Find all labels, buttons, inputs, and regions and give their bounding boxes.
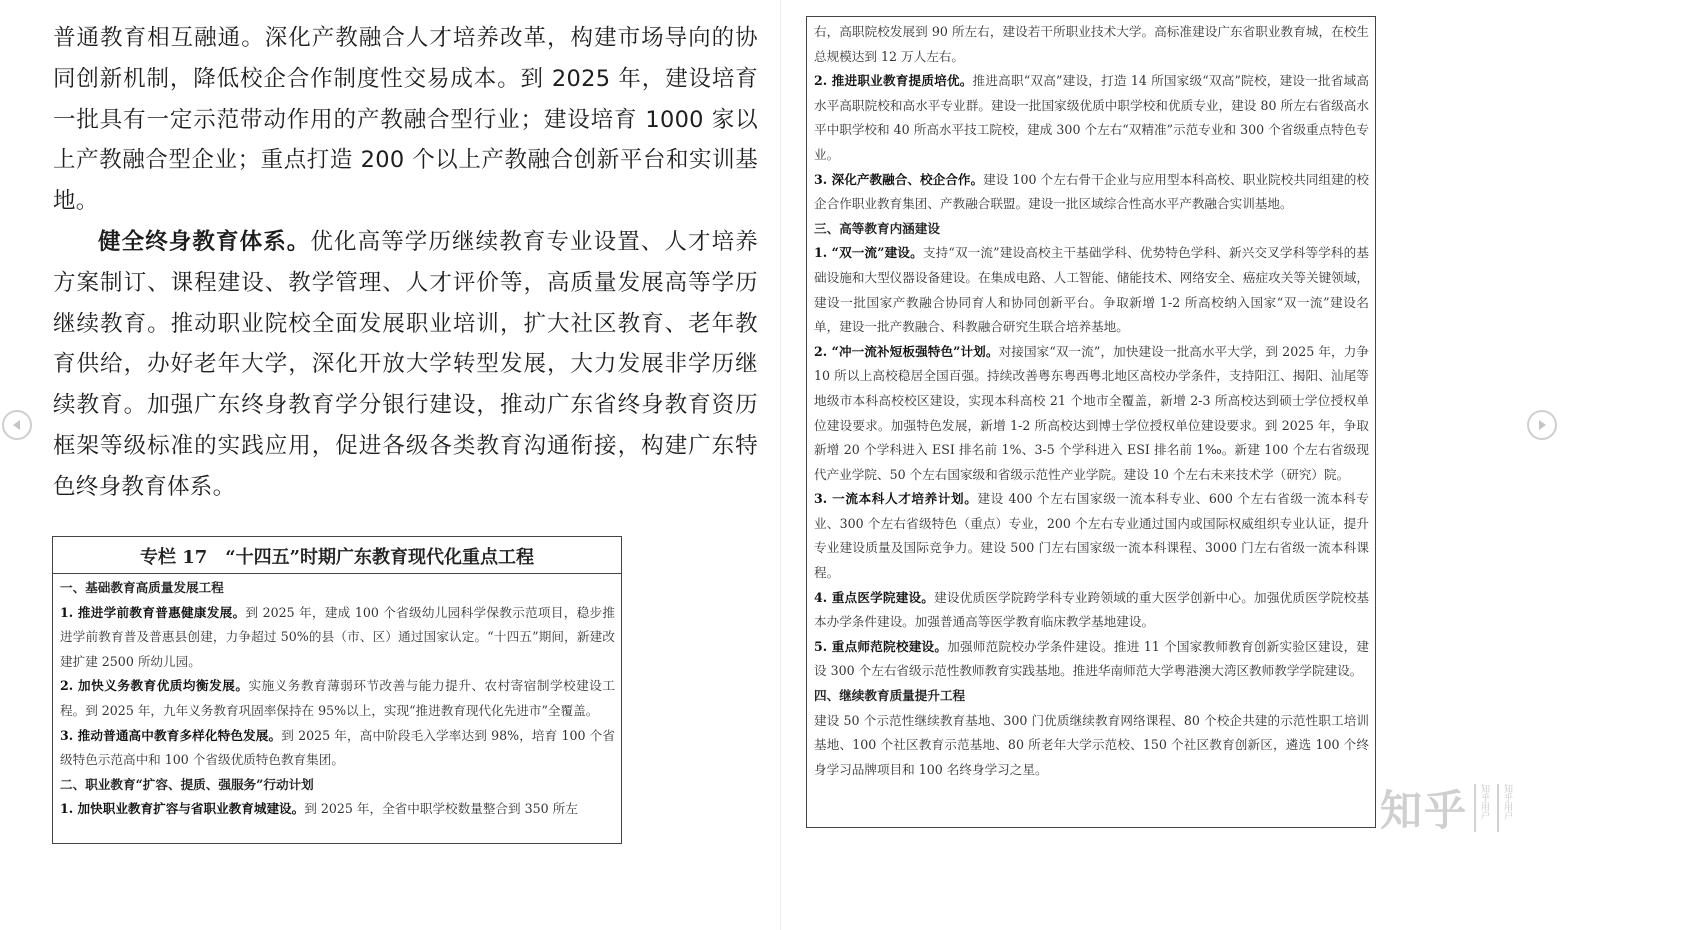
item-lead: 1. “双一流”建设。 xyxy=(814,245,923,260)
section-heading: 三、高等教育内涵建设 xyxy=(814,217,1369,242)
box-body-left: 一、基础教育高质量发展工程 1. 推进学前教育普惠健康发展。到 2025 年，建… xyxy=(53,574,621,822)
continued-text: 建设 50 个示范性继续教育基地、300 门优质继续教育网络课程、80 个校企共… xyxy=(814,709,1369,783)
chevron-left-icon xyxy=(11,419,23,431)
item-text: 右，高职院校发展到 90 所左右，建设若干所职业技术大学。高标准建设广东省职业教… xyxy=(814,24,1369,64)
box-title: 专栏 17 “十四五”时期广东教育现代化重点工程 xyxy=(53,537,621,574)
list-item: 2. “冲一流补短板强特色”计划。对接国家“双一流”，加快建设一批高水平大学，到… xyxy=(814,340,1369,488)
next-page-button[interactable] xyxy=(1527,410,1557,440)
section-heading: 二、职业教育“扩容、提质、强服务”行动计划 xyxy=(60,773,615,798)
item-lead: 3. 一流本科人才培养计划。 xyxy=(814,491,977,506)
watermark-side-text: 知乎用户 xyxy=(1497,784,1514,832)
list-item: 4. 重点医学院建设。建设优质医学院跨学科专业跨领域的重大医学创新中心。加强优质… xyxy=(814,586,1369,635)
body-text: 普通教育相互融通。深化产教融合人才培养改革，构建市场导向的协同创新机制，降低校企… xyxy=(53,18,758,508)
item-lead: 2. 加快义务教育优质均衡发展。 xyxy=(60,678,248,693)
list-item: 3. 一流本科人才培养计划。建设 400 个左右国家级一流本科专业、600 个左… xyxy=(814,487,1369,585)
list-item: 2. 推进职业教育提质培优。推进高职“双高”建设，打造 14 所国家级“双高”院… xyxy=(814,69,1369,167)
list-item: 3. 深化产教融合、校企合作。建设 100 个左右骨干企业与应用型本科高校、职业… xyxy=(814,168,1369,217)
paragraph-2-text: 优化高等学历继续教育专业设置、人才培养方案制订、课程建设、教学管理、人才评价等，… xyxy=(53,229,758,500)
item-lead: 4. 重点医学院建设。 xyxy=(814,590,934,605)
feature-box-right: 右，高职院校发展到 90 所左右，建设若干所职业技术大学。高标准建设广东省职业教… xyxy=(806,16,1376,828)
feature-box-left: 专栏 17 “十四五”时期广东教育现代化重点工程 一、基础教育高质量发展工程 1… xyxy=(52,536,622,844)
list-item: 2. 加快义务教育优质均衡发展。实施义务教育薄弱环节改善与能力提升、农村寄宿制学… xyxy=(60,674,615,723)
chevron-right-icon xyxy=(1536,419,1548,431)
prev-page-button[interactable] xyxy=(2,410,32,440)
section-heading: 四、继续教育质量提升工程 xyxy=(814,684,1369,709)
paragraph-2-lead: 健全终身教育体系。 xyxy=(98,229,310,255)
paragraph-2: 健全终身教育体系。优化高等学历继续教育专业设置、人才培养方案制订、课程建设、教学… xyxy=(53,222,758,508)
paragraph-1-text: 普通教育相互融通。深化产教融合人才培养改革，构建市场导向的协同创新机制，降低校企… xyxy=(53,25,758,214)
item-text: 对接国家“双一流”，加快建设一批高水平大学，到 2025 年，力争 10 所以上… xyxy=(814,344,1369,482)
item-lead: 2. 推进职业教育提质培优。 xyxy=(814,73,973,88)
item-text: 到 2025 年，全省中职学校数量整合到 350 所左 xyxy=(304,801,578,816)
watermark-logo: 知乎 xyxy=(1380,778,1468,838)
item-lead: 5. 重点师范院校建设。 xyxy=(814,639,947,654)
item-lead: 3. 深化产教融合、校企合作。 xyxy=(814,172,983,187)
page-divider xyxy=(780,0,781,930)
list-item: 1. 加快职业教育扩容与省职业教育城建设。到 2025 年，全省中职学校数量整合… xyxy=(60,797,615,822)
item-lead: 3. 推动普通高中教育多样化特色发展。 xyxy=(60,728,281,743)
continued-text: 右，高职院校发展到 90 所左右，建设若干所职业技术大学。高标准建设广东省职业教… xyxy=(814,20,1369,69)
item-lead: 1. 推进学前教育普惠健康发展。 xyxy=(60,605,245,620)
item-text: 建设 50 个示范性继续教育基地、300 门优质继续教育网络课程、80 个校企共… xyxy=(814,713,1369,777)
paragraph-1: 普通教育相互融通。深化产教融合人才培养改革，构建市场导向的协同创新机制，降低校企… xyxy=(53,18,758,222)
list-item: 1. “双一流”建设。支持“双一流”建设高校主干基础学科、优势特色学科、新兴交叉… xyxy=(814,241,1369,339)
section-heading: 一、基础教育高质量发展工程 xyxy=(60,576,615,601)
watermark-side-text: 知乎用户 xyxy=(1474,784,1491,832)
zhihu-watermark: 知乎 知乎用户 知乎用户 xyxy=(1380,780,1514,835)
list-item: 3. 推动普通高中教育多样化特色发展。到 2025 年，高中阶段毛入学率达到 9… xyxy=(60,724,615,773)
list-item: 1. 推进学前教育普惠健康发展。到 2025 年，建成 100 个省级幼儿园科学… xyxy=(60,601,615,675)
left-page: 普通教育相互融通。深化产教融合人才培养改革，构建市场导向的协同创新机制，降低校企… xyxy=(0,0,780,930)
box-body-right: 右，高职院校发展到 90 所左右，建设若干所职业技术大学。高标准建设广东省职业教… xyxy=(807,17,1375,782)
item-lead: 1. 加快职业教育扩容与省职业教育城建设。 xyxy=(60,801,304,816)
item-lead: 2. “冲一流补短板强特色”计划。 xyxy=(814,344,999,359)
list-item: 5. 重点师范院校建设。加强师范院校办学条件建设。推进 11 个国家教师教育创新… xyxy=(814,635,1369,684)
